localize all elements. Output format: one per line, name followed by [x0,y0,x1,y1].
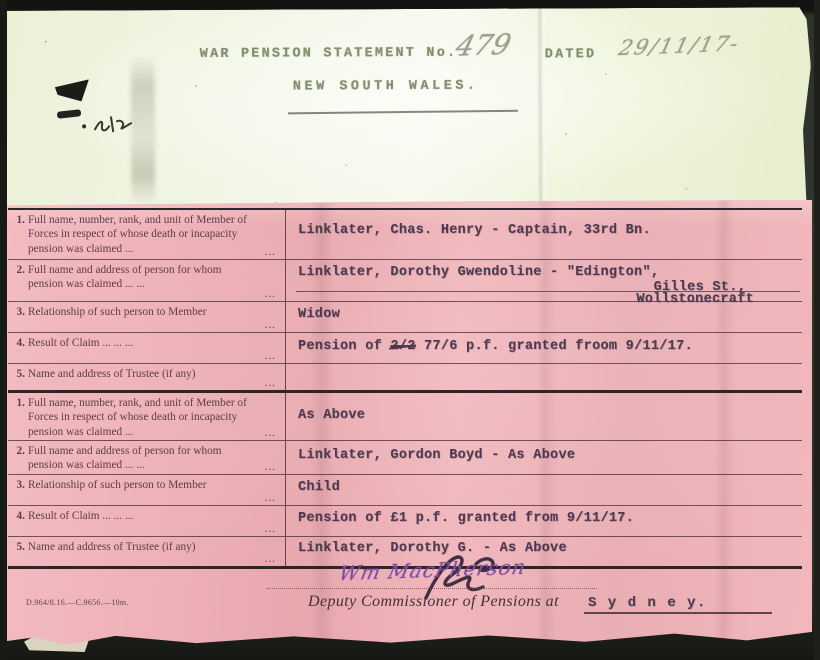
table-row: 2. Full name and address of person for w… [8,260,802,302]
statement-title: WAR PENSION STATEMENT No. [200,46,458,62]
overstruck-amount: 2/2 [390,339,415,354]
table-row: 3. Relationship of such person to Member… [8,475,802,506]
leader-dots: ... [259,376,280,390]
row-label: 2. Full name and address of person for w… [8,441,286,474]
row-number: 2. [12,444,25,474]
date-handwritten: 29/11/17- [616,31,742,60]
claim-result-value: Pension of £1 p.f. granted from 9/11/17. [286,506,802,536]
row-label: 4. Result of Claim ... ... ... ... [8,333,286,363]
row-number: 4. [12,509,25,536]
torn-hole [55,79,89,101]
leader-dots: ... [259,491,280,505]
row-number: 3. [12,478,25,505]
member-name-value: Linklater, Chas. Henry - Captain, 33rd B… [286,210,802,259]
claimant-address-line3: Wollstonecraft [636,292,754,307]
leader-dots: ... [259,349,280,363]
row-number: 3. [12,305,25,332]
leader-dots: ... [259,460,280,474]
paper-crease [537,8,548,206]
row-label: 4. Result of Claim ... ... ... ... [8,506,286,536]
dated-label: DATED [545,47,597,62]
table-row: 2. Full name and address of person for w… [8,441,802,475]
state-title: NEW SOUTH WALES. [293,79,479,95]
row-number: 2. [12,263,25,301]
location-value: S y d n e y. [588,595,707,611]
form-number: D.964/8.16.—C.9656.—10m. [26,598,129,607]
location-rule [584,612,772,614]
row-label: 1. Full name, number, rank, and unit of … [8,393,286,440]
row-label: 5. Name and address of Trustee (if any) … [8,364,286,390]
table-row: 4. Result of Claim ... ... ... ... Pensi… [8,506,802,537]
leader-dots: ... [259,318,280,332]
member-name-value: As Above [286,393,802,440]
row-number: 5. [12,540,25,566]
trustee-value [286,364,802,390]
claimant-name-value: Linklater, Gordon Boyd - As Above [286,441,802,474]
claimant-name-value: Linklater, Dorothy Gwendoline - "Edingto… [286,260,802,301]
paper-speckles [45,41,47,43]
ink-scribble [91,111,135,137]
relationship-value: Child [286,475,802,505]
scanned-document: WAR PENSION STATEMENT No. 479 DATED 29/1… [0,0,820,660]
statement-number-handwritten: 479 [452,28,514,63]
state-underline [288,110,518,115]
row-label: 1. Full name, number, rank, and unit of … [8,210,286,259]
torn-hole-small [57,109,82,119]
claim-section-widow: 1. Full name, number, rank, and unit of … [8,210,802,393]
commissioner-title: Deputy Commissioner of Pensions at [308,593,559,611]
table-row: 4. Result of Claim ... ... ... ... Pensi… [8,333,802,364]
row-number: 4. [12,336,25,363]
leader-dots: ... [259,552,280,566]
leader-dots: ... [259,245,280,259]
table-row: 5. Name and address of Trustee (if any) … [8,364,802,390]
pension-form-sheet: 1. Full name, number, rank, and unit of … [2,200,812,648]
ink-dot [82,124,86,128]
table-row: 1. Full name, number, rank, and unit of … [8,393,802,441]
leader-dots: ... [259,426,280,440]
row-number: 1. [12,213,25,259]
table-row: 1. Full name, number, rank, and unit of … [8,210,802,260]
row-label: 3. Relationship of such person to Member… [8,475,286,505]
row-label: 3. Relationship of such person to Member… [8,302,286,332]
header-sheet: WAR PENSION STATEMENT No. 479 DATED 29/1… [5,7,812,209]
row-number: 1. [12,396,25,440]
row-label: 5. Name and address of Trustee (if any) … [8,537,286,566]
claim-result-value: Pension of 2/2 77/6 p.f. granted froom 9… [286,333,802,363]
leader-dots: ... [259,287,280,301]
leader-dots: ... [259,522,280,536]
row-number: 5. [12,367,25,390]
claim-section-child: 1. Full name, number, rank, and unit of … [8,393,802,569]
signature-line [267,588,597,589]
row-label: 2. Full name and address of person for w… [8,260,286,301]
pension-table: 1. Full name, number, rank, and unit of … [8,208,802,569]
